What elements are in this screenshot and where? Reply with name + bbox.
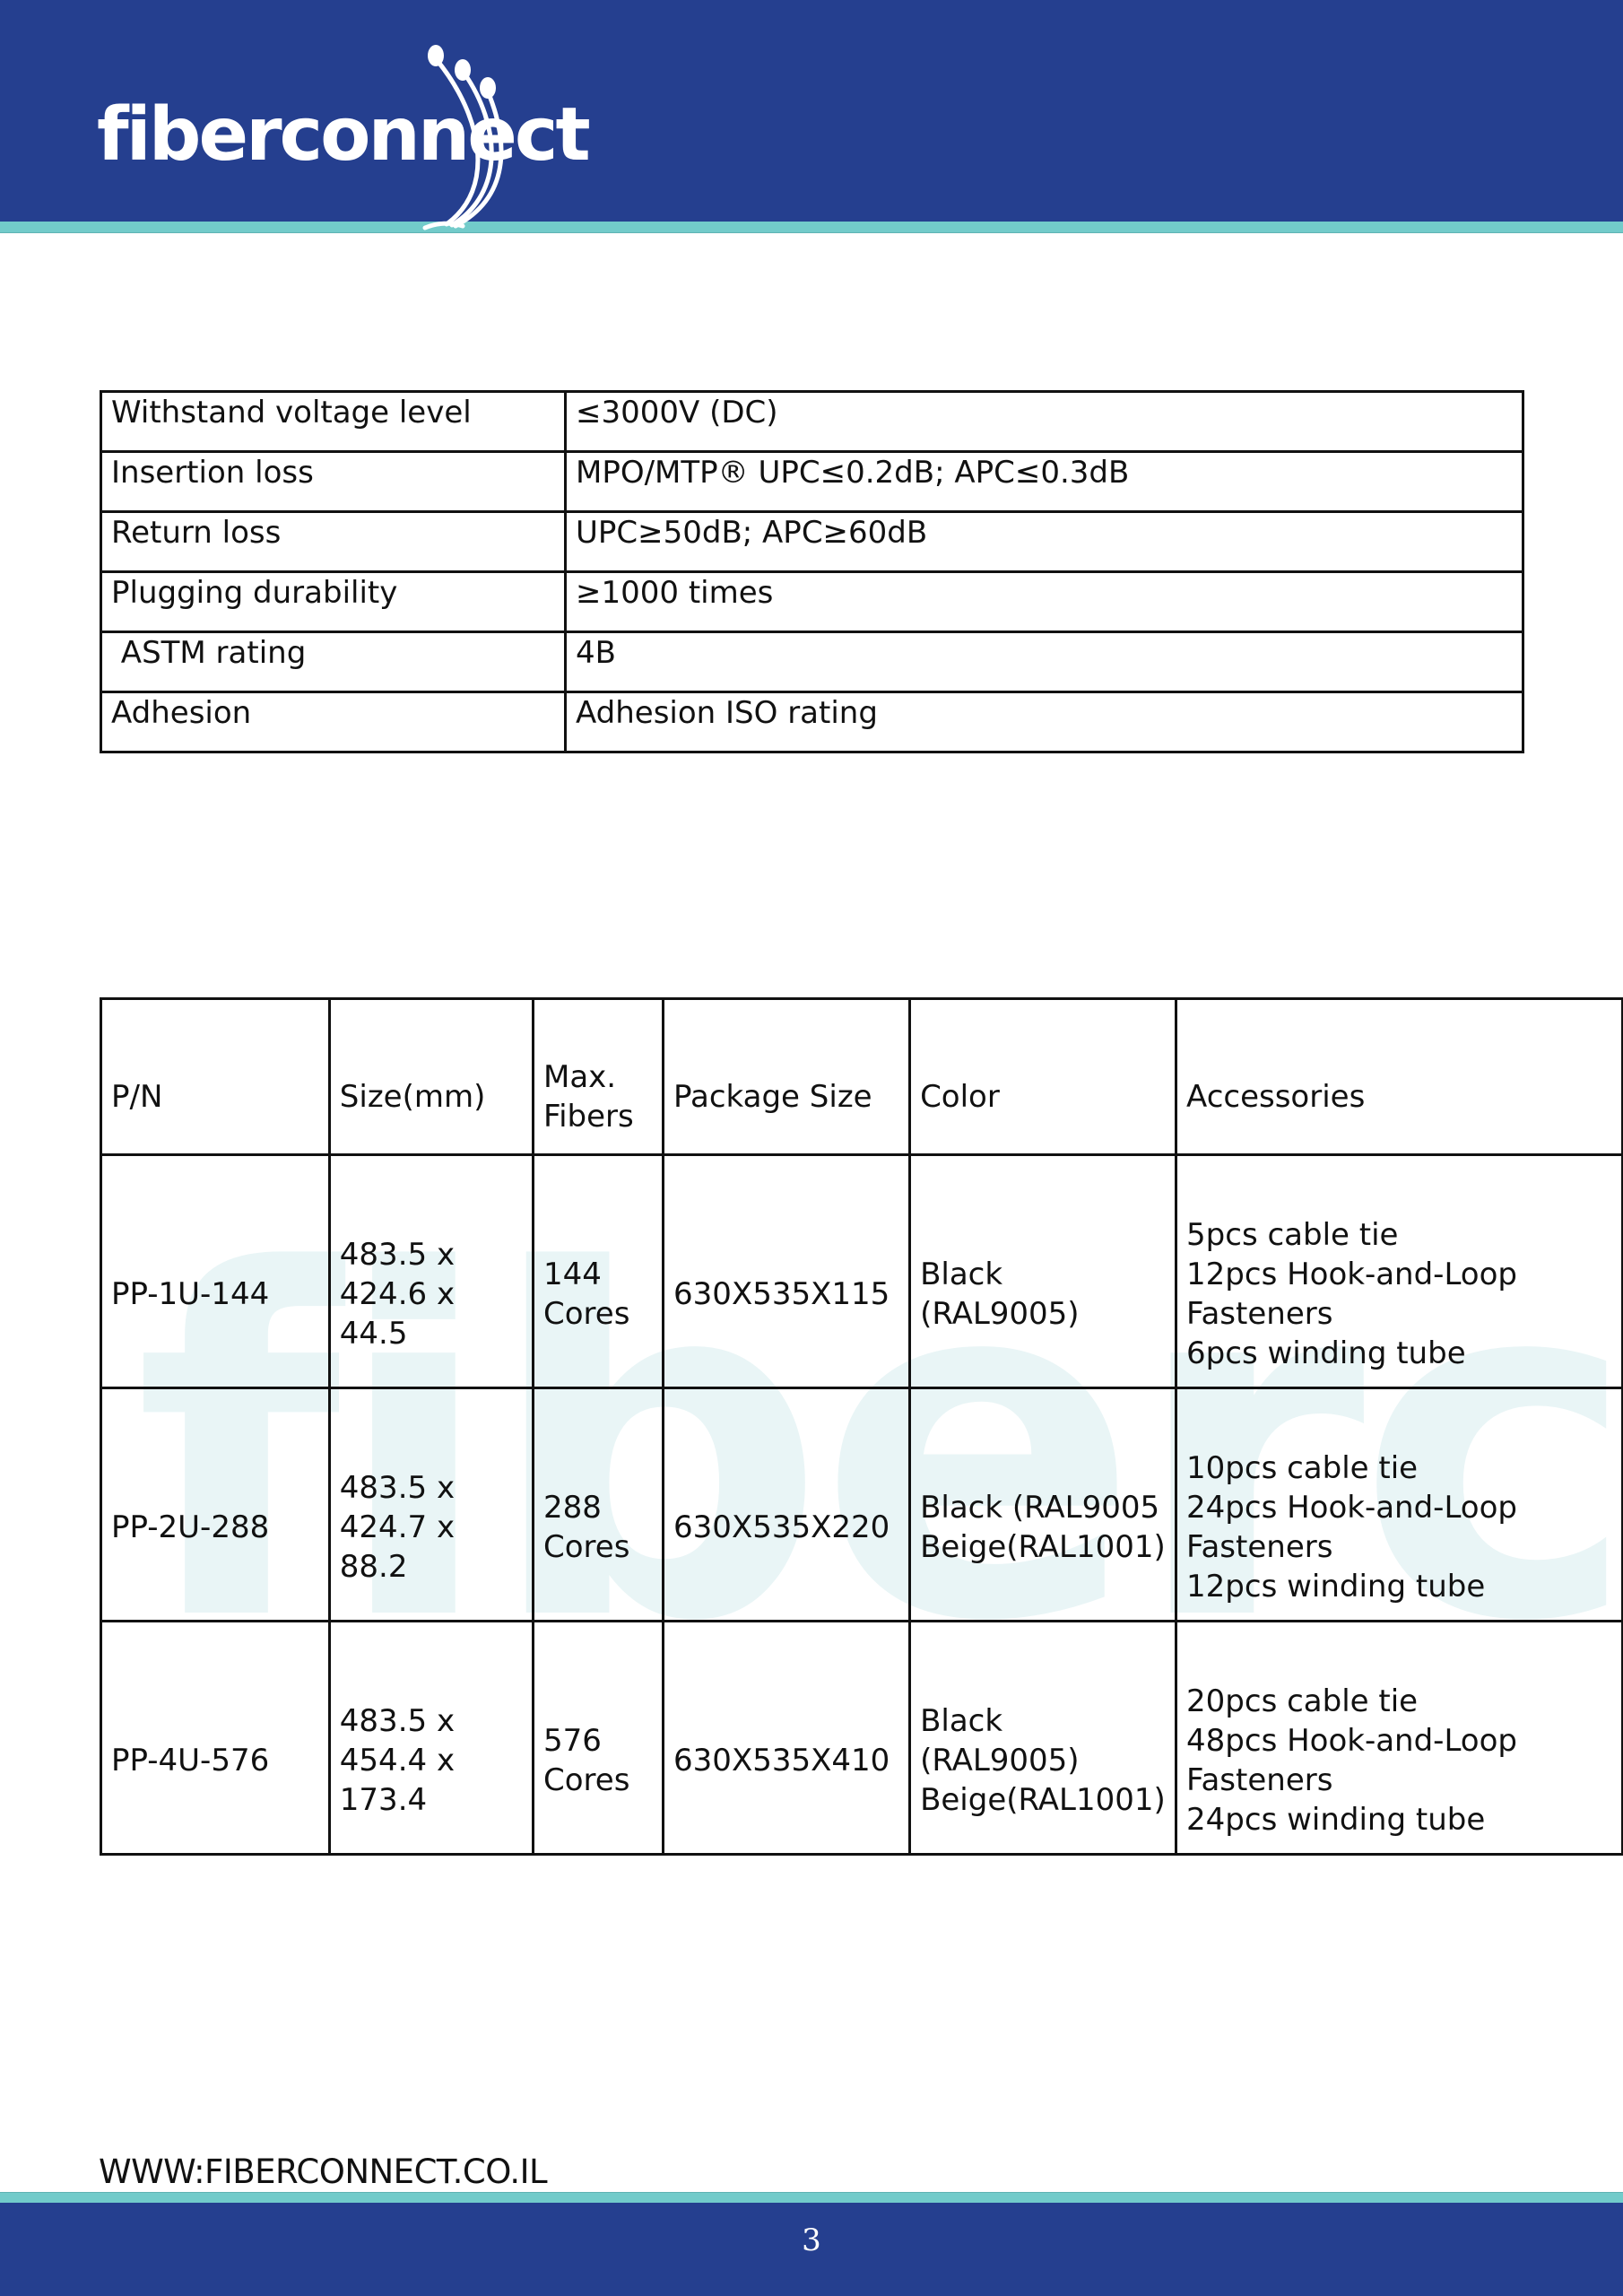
max-fibers: 576 Cores (543, 1676, 653, 1800)
accessories-cell: 20pcs cable tie 48pcs Hook-and-Loop Fast… (1176, 1622, 1623, 1855)
package-size-cell: 630X535X220 (664, 1388, 910, 1622)
column-header: P/N (101, 999, 330, 1155)
column-header-label: Size(mm) (340, 1038, 523, 1117)
color: Black (RAL9005) (920, 1210, 1166, 1334)
size-mm-cell: 483.5 x 454.4 x 173.4 (329, 1622, 533, 1855)
spec-value: UPC≥50dB; APC≥60dB (566, 512, 1523, 572)
table-row: PP-1U-144483.5 x 424.6 x 44.5144 Cores63… (101, 1155, 1623, 1388)
column-header-label: Max. Fibers (543, 1018, 653, 1136)
max-fibers-cell: 576 Cores (534, 1622, 664, 1855)
size-mm: 483.5 x 424.6 x 44.5 (340, 1190, 523, 1353)
column-header-label: Color (920, 1038, 1166, 1117)
spec-value: MPO/MTP® UPC≤0.2dB; APC≤0.3dB (566, 452, 1523, 512)
page-number: 3 (0, 2222, 1623, 2258)
product-table-header: P/NSize(mm)Max. FibersPackage SizeColorA… (101, 999, 1623, 1155)
spec-row: Withstand voltage level≤3000V (DC) (101, 392, 1523, 452)
spec-row: AdhesionAdhesion ISO rating (101, 692, 1523, 752)
spec-value: 4B (566, 632, 1523, 692)
column-header-label: Package Size (673, 1038, 899, 1117)
max-fibers: 144 Cores (543, 1210, 653, 1334)
spec-label: ASTM rating (101, 632, 566, 692)
package-size-cell: 630X535X410 (664, 1622, 910, 1855)
spec-row: Plugging durability≥1000 times (101, 572, 1523, 632)
package-size: 630X535X410 (673, 1696, 899, 1780)
package-size-cell: 630X535X115 (664, 1155, 910, 1388)
spec-row: Insertion lossMPO/MTP® UPC≤0.2dB; APC≤0.… (101, 452, 1523, 512)
color: Black (RAL9005) Beige(RAL1001) (920, 1657, 1166, 1820)
part-number-cell: PP-1U-144 (101, 1155, 330, 1388)
spec-table: Withstand voltage level≤3000V (DC)Insert… (100, 390, 1524, 753)
size-mm: 483.5 x 424.7 x 88.2 (340, 1423, 523, 1587)
part-number-cell: PP-4U-576 (101, 1622, 330, 1855)
spec-label: Insertion loss (101, 452, 566, 512)
size-mm-cell: 483.5 x 424.6 x 44.5 (329, 1155, 533, 1388)
accessories: 20pcs cable tie 48pcs Hook-and-Loop Fast… (1186, 1637, 1612, 1839)
color: Black (RAL9005 Beige(RAL1001) (920, 1443, 1166, 1567)
column-header-label: P/N (111, 1038, 319, 1117)
column-header: Accessories (1176, 999, 1623, 1155)
size-mm: 483.5 x 454.4 x 173.4 (340, 1657, 523, 1820)
part-number: PP-1U-144 (111, 1230, 319, 1314)
color-cell: Black (RAL9005) (910, 1155, 1176, 1388)
product-table: P/NSize(mm)Max. FibersPackage SizeColorA… (100, 997, 1623, 1856)
column-header: Max. Fibers (534, 999, 664, 1155)
spec-label: Plugging durability (101, 572, 566, 632)
table-row: PP-4U-576483.5 x 454.4 x 173.4576 Cores6… (101, 1622, 1623, 1855)
package-size: 630X535X220 (673, 1463, 899, 1547)
accessories-cell: 10pcs cable tie 24pcs Hook-and-Loop Fast… (1176, 1388, 1623, 1622)
color-cell: Black (RAL9005 Beige(RAL1001) (910, 1388, 1176, 1622)
table-row: PP-2U-288483.5 x 424.7 x 88.2288 Cores63… (101, 1388, 1623, 1622)
part-number: PP-4U-576 (111, 1696, 319, 1780)
spec-label: Adhesion (101, 692, 566, 752)
part-number: PP-2U-288 (111, 1463, 319, 1547)
column-header: Package Size (664, 999, 910, 1155)
spec-value: Adhesion ISO rating (566, 692, 1523, 752)
spec-row: ASTM rating4B (101, 632, 1523, 692)
max-fibers-cell: 144 Cores (534, 1155, 664, 1388)
size-mm-cell: 483.5 x 424.7 x 88.2 (329, 1388, 533, 1622)
color-cell: Black (RAL9005) Beige(RAL1001) (910, 1622, 1176, 1855)
spec-row: Return lossUPC≥50dB; APC≥60dB (101, 512, 1523, 572)
max-fibers-cell: 288 Cores (534, 1388, 664, 1622)
column-header-label: Accessories (1186, 1038, 1612, 1117)
fiber-strands-icon (420, 36, 563, 238)
column-header: Size(mm) (329, 999, 533, 1155)
accessories-cell: 5pcs cable tie 12pcs Hook-and-Loop Faste… (1176, 1155, 1623, 1388)
fiberconnect-logo: fiberconnect (97, 36, 563, 238)
spec-value: ≤3000V (DC) (566, 392, 1523, 452)
spec-value: ≥1000 times (566, 572, 1523, 632)
max-fibers: 288 Cores (543, 1443, 653, 1567)
spec-label: Return loss (101, 512, 566, 572)
website-url[interactable]: WWW:FIBERCONNECT.CO.IL (99, 2152, 547, 2191)
accessories: 10pcs cable tie 24pcs Hook-and-Loop Fast… (1186, 1404, 1612, 1606)
accessories: 5pcs cable tie 12pcs Hook-and-Loop Faste… (1186, 1170, 1612, 1373)
column-header: Color (910, 999, 1176, 1155)
package-size: 630X535X115 (673, 1230, 899, 1314)
part-number-cell: PP-2U-288 (101, 1388, 330, 1622)
spec-label: Withstand voltage level (101, 392, 566, 452)
